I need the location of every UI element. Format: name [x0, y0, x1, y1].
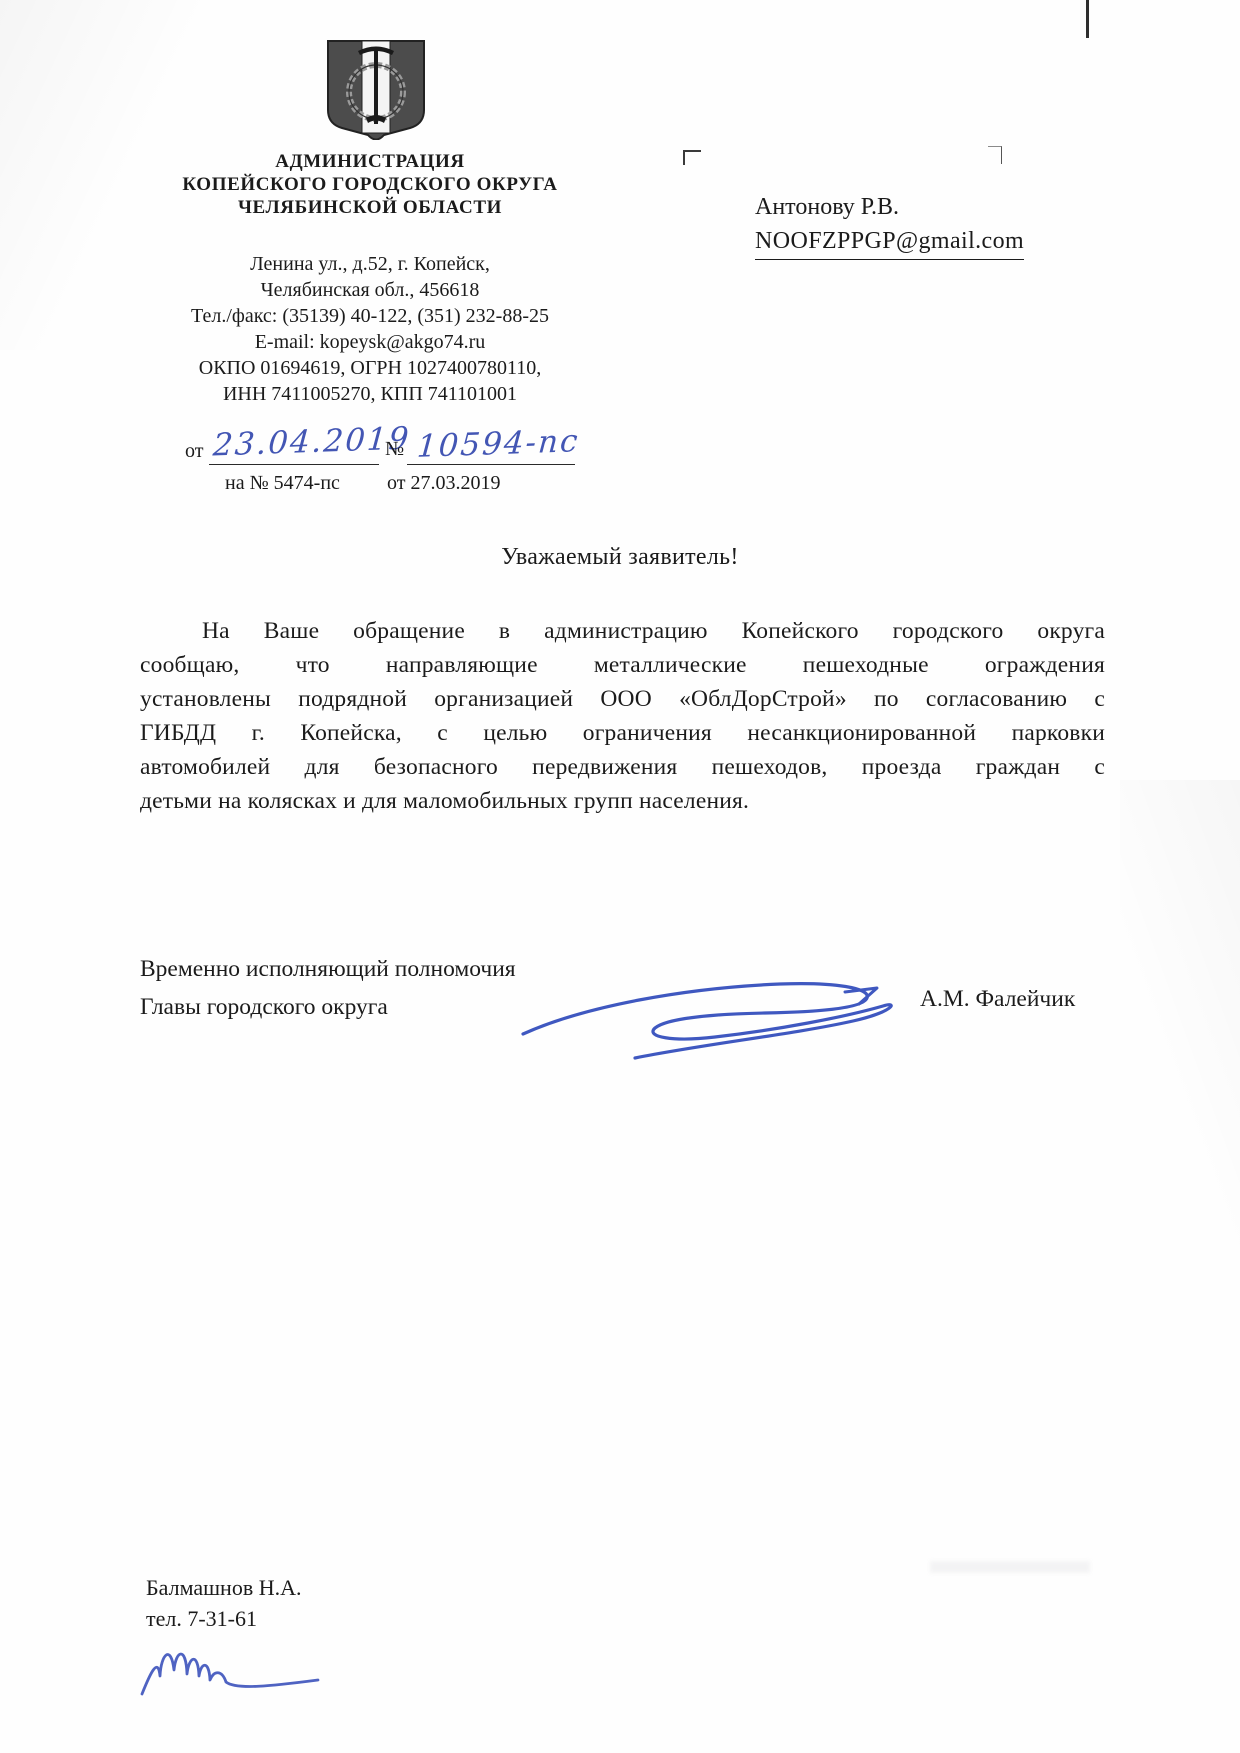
body-line: сообщаю, что направляющие металлические …: [140, 648, 1105, 682]
address-corner-mark-left: [683, 150, 701, 165]
executor-name: Балмашнов Н.А.: [146, 1572, 301, 1603]
org-address-block: Ленина ул., д.52, г. Копейск, Челябинска…: [90, 251, 650, 407]
number-underline: [407, 464, 575, 465]
recipient-block: Антонову Р.В. NOOFZPPGP@gmail.com: [755, 190, 1085, 260]
org-phone-fax: Тел./факс: (35139) 40-122, (351) 232-88-…: [90, 303, 650, 329]
signer-name: А.М. Фалейчик: [920, 986, 1075, 1013]
signer-title: Временно исполняющий полномочия Главы го…: [140, 950, 516, 1026]
reference-block: от 23.04.2019 № 10594-пс на № 5474-пс от…: [185, 424, 655, 498]
signature-ink: [515, 962, 905, 1067]
date-underline: [209, 464, 379, 465]
body-line: автомобилей для безопасного передвижения…: [140, 750, 1105, 784]
incoming-number: на № 5474-пс: [225, 472, 340, 495]
incoming-date: от 27.03.2019: [387, 472, 500, 495]
reference-row-incoming: на № 5474-пс от 27.03.2019: [185, 472, 655, 498]
org-street: Ленина ул., д.52, г. Копейск,: [90, 251, 650, 277]
body-line: ГИБДД г. Копейска, с целью ограничения н…: [140, 716, 1105, 750]
address-corner-mark-right: [988, 146, 1002, 164]
signer-title-line2: Главы городского округа: [140, 988, 516, 1026]
scan-smudge: [930, 1561, 1090, 1573]
outgoing-number-handwritten: 10594-пс: [416, 423, 581, 465]
outgoing-date-handwritten: 23.04.2019: [212, 420, 412, 463]
scan-crease: [1120, 780, 1240, 1280]
org-name-line: КОПЕЙСКОГО ГОРОДСКОГО ОКРУГА: [90, 173, 650, 196]
org-name-line: АДМИНИСТРАЦИЯ: [90, 150, 650, 173]
recipient-name: Антонову Р.В.: [755, 190, 1085, 224]
reference-row-outgoing: от 23.04.2019 № 10594-пс: [185, 424, 655, 468]
salutation: Уважаемый заявитель!: [0, 544, 1240, 571]
letter-page: АДМИНИСТРАЦИЯ КОПЕЙСКОГО ГОРОДСКОГО ОКРУ…: [0, 0, 1240, 1753]
letter-body: На Ваше обращение в администрацию Копейс…: [140, 614, 1105, 818]
signer-title-line1: Временно исполняющий полномочия: [140, 950, 516, 988]
coat-of-arms-icon: [320, 38, 432, 140]
letterhead: АДМИНИСТРАЦИЯ КОПЕЙСКОГО ГОРОДСКОГО ОКРУ…: [90, 150, 650, 407]
body-line: На Ваше обращение в администрацию Копейс…: [140, 614, 1105, 648]
org-inn-kpp: ИНН 7411005270, КПП 741101001: [90, 381, 650, 407]
outgoing-date-label: от: [185, 440, 203, 463]
body-line: установлены подрядной организацией ООО «…: [140, 682, 1105, 716]
outgoing-number-label: №: [385, 438, 404, 461]
scan-edge-mark: [1086, 0, 1089, 38]
executor-phone: тел. 7-31-61: [146, 1603, 301, 1634]
executor-signature-ink: [132, 1632, 332, 1710]
executor-block: Балмашнов Н.А. тел. 7-31-61: [146, 1572, 301, 1634]
org-region-zip: Челябинская обл., 456618: [90, 277, 650, 303]
org-name-line: ЧЕЛЯБИНСКОЙ ОБЛАСТИ: [90, 196, 650, 219]
body-line: детьми на колясках и для маломобильных г…: [140, 784, 1105, 818]
recipient-email: NOOFZPPGP@gmail.com: [755, 224, 1024, 260]
org-okpo-ogrn: ОКПО 01694619, ОГРН 1027400780110,: [90, 355, 650, 381]
org-email: E-mail: kopeysk@akgo74.ru: [90, 329, 650, 355]
